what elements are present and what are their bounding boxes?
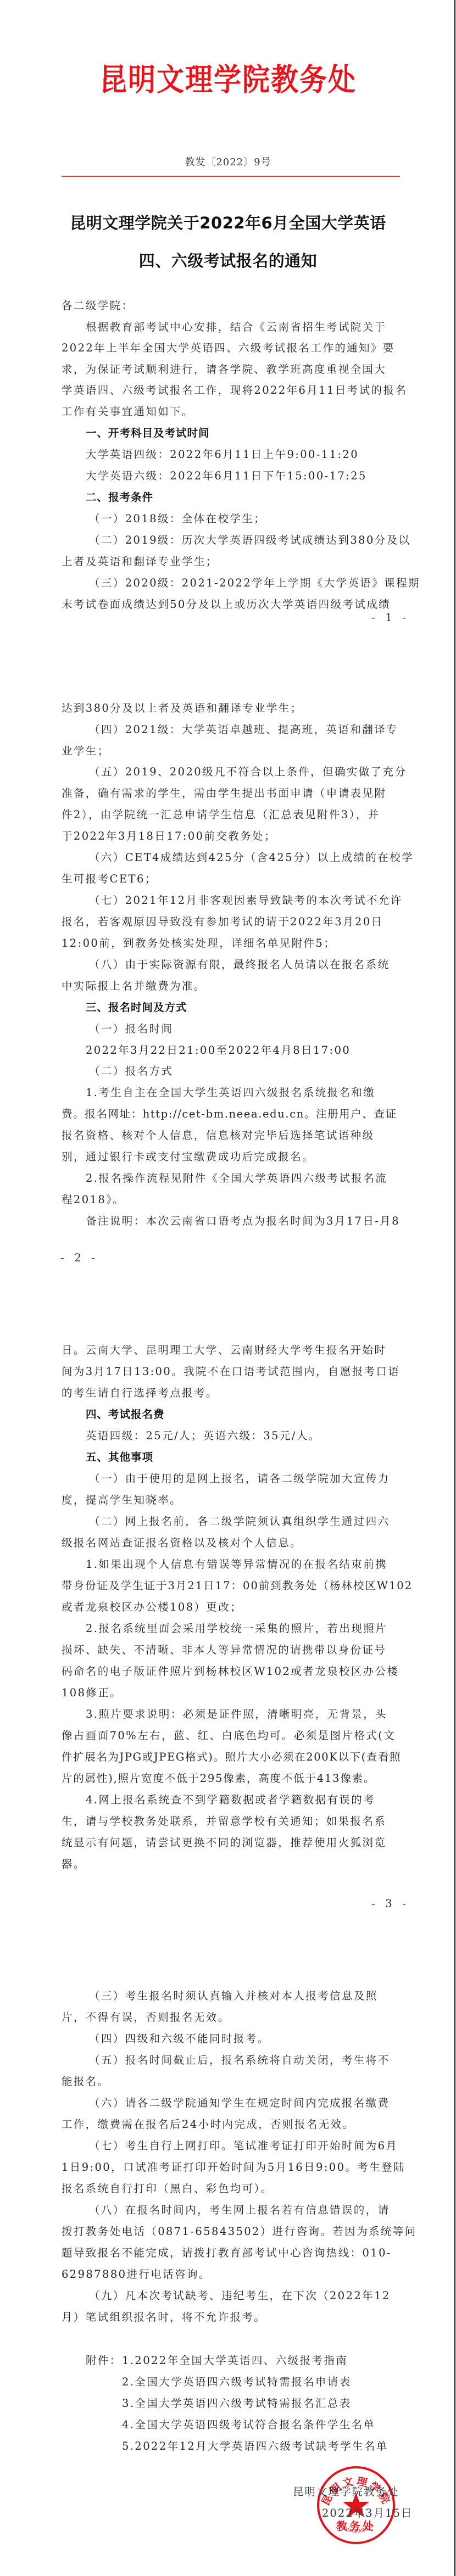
other-line: 像占画面70%左右，蓝、红、白底色均可。必须是图片格式(文	[62, 1727, 396, 1742]
method-line: 别，通过银行卡或支付宝缴费成功后完成报名。	[62, 1148, 314, 1164]
other-line: （二）网上报名前，各二级学院须认真组织学生通过四六	[89, 1513, 390, 1528]
other-line: 62987880进行电话咨询。	[62, 2266, 211, 2281]
condition-line: （四）2021级：大学英语卓越班、提高班，英语和翻译专	[89, 721, 398, 736]
other-line: （四）四级和六级不能同时报考。	[89, 2030, 270, 2046]
condition-line: 末考试卷面成绩达到50分及以上或历次大学英语四级考试成绩	[62, 596, 391, 611]
other-line: 题导致报名不能完成，请拨打教育部考试中心咨询热线：010-	[62, 2244, 392, 2260]
section-heading: 四、考试报名费	[86, 1406, 165, 1421]
method-line: 程2018》。	[62, 1191, 125, 1206]
other-line: （七）考生自行上网打印。笔试准考证打印开始时间为6月	[89, 2137, 398, 2153]
condition-line: 准备，确有需求的学生，需由学生提出书面申请（申请表见附	[62, 785, 386, 800]
method-line: 1.考生自主在全国大学生英语四六级报名系统报名和缴	[86, 1084, 375, 1099]
condition-line: （五）2019、2020级凡不符合以上条件，但确实做了充分	[89, 763, 407, 779]
other-line: 108修正。	[62, 1684, 122, 1700]
document-title-line1: 昆明文理学院关于2022年6月全国大学英语	[0, 211, 456, 233]
attachment-item: 2.全国大学英语四六级考试特需报名申请表	[122, 2373, 352, 2389]
other-line: 1.如果出现个人信息有错误等异常情况的在报名结束前携	[86, 1556, 387, 1571]
section-heading: 二、报考条件	[86, 489, 153, 504]
other-line: 损坏、缺失、不清晰、非本人等异常情况的请携带以身份证号	[62, 1641, 386, 1657]
other-line: 或者龙泉校区办公楼108）更改；	[62, 1599, 242, 1614]
other-line: 器。	[62, 1856, 86, 1871]
condition-line: （六）CET4成绩达到425分（含425分）以上成绩的在校学	[89, 849, 414, 864]
attachment-item: 5.2022年12月大学英语四六级考试缺考学生名单	[122, 2438, 388, 2453]
other-line: 生，请与学校教务处联系，并留意学校有关通知；如果报名系	[62, 1813, 386, 1828]
page-number: - 1 -	[371, 611, 409, 624]
intro-line: 2022年上半年全国大学英语四、六级考试报名工作的通知》要	[62, 339, 395, 355]
condition-line: 业学生；	[62, 742, 110, 758]
condition-line: 件2），由学院统一汇总申请学生信息（汇总表见附件3），并	[62, 806, 380, 822]
other-line: 月）笔试组织报名时，将不允许报考。	[62, 2309, 266, 2324]
condition-line: （二）2019级：历次大学英语四级考试成绩达到380分及以	[89, 532, 410, 547]
document-title-line2: 四、六级考试报名的通知	[0, 249, 456, 271]
other-line: 报名系统自行打印（黑白、彩色均可）。	[62, 2180, 273, 2195]
note-line: 日。云南大学、昆明理工大学、云南财经大学考生报名开始时	[62, 1342, 386, 1357]
attachments-label: 附件：	[86, 2352, 122, 2367]
method-line: 2.报名操作流程见附件《全国大学英语四六级考试报名流	[86, 1170, 387, 1185]
red-divider	[62, 176, 400, 177]
note-line: 间为3月17日13:00。我院不在口语考试范围内，自愿报考口语	[62, 1363, 400, 1378]
other-line: 码命名的电子版证件照片到杨林校区W102或者龙泉校区办公楼	[62, 1663, 399, 1678]
other-line: （八）在报名时间内，考生网上报名若有信息错误的，请	[89, 2201, 390, 2217]
other-line: 带身份证及学生证于3月21日17：00前到教务处（杨林校区W102	[62, 1577, 413, 1592]
page-edge-rule	[454, 0, 455, 2576]
other-line: 级报名网站查证报名资格以及核对个人信息。	[62, 1534, 302, 1550]
other-line: 1日9:00，口试准考证打印开始时间为5月16日9:00。考生登陆	[62, 2159, 405, 2174]
intro-line: 工作有关事宜通知如下。	[62, 403, 194, 418]
other-line: 2.报名系统里面会采用学校统一采集的照片，若出现照片	[86, 1620, 387, 1635]
condition-line: 12:00前，到教务处核实处理，详细名单见附件5；	[62, 935, 336, 950]
other-line: 能报名。	[62, 2073, 110, 2088]
other-line: （一）由于使用的是网上报名，请各二级学院加大宣传力	[89, 1470, 390, 1485]
other-line: 4.网上报名系统查不到学籍数据或者学籍数据有误的考	[86, 1791, 375, 1807]
method-line: 报名资格、核对个人信息，信息核对完毕后选择笔试语种级	[62, 1127, 374, 1142]
note-line: 的考生请自行选择考点报考。	[62, 1384, 218, 1400]
other-line: 统显示有问题，请尝试更换不同的浏览器，推荐使用火狐浏览	[62, 1834, 386, 1849]
other-line: 度，提高学生知晓率。	[62, 1491, 182, 1507]
salutation: 各二级学院：	[62, 297, 134, 312]
page-number: - 3 -	[371, 1897, 409, 1910]
exam-time-cet4: 大学英语四级：2022年6月11日上午9:00-11:20	[86, 446, 359, 461]
other-line: 3.照片要求说明：必须是证件照，清晰明亮，无背景，头	[86, 1706, 387, 1721]
condition-line: 达到380分及以上者及英语和翻译专业学生；	[62, 700, 303, 715]
page-number: - 2 -	[60, 1251, 98, 1264]
condition-line: 中实际报上名并缴费为准。	[62, 977, 206, 993]
exam-time-cet6: 大学英语六级：2022年6月11日下午15:00-17:25	[86, 467, 367, 483]
intro-line: 学英语四、六级考试报名工作，现将2022年6月11日考试的报名	[62, 382, 407, 397]
other-line: 片，不得有误，否则报名无效。	[62, 2009, 230, 2024]
other-line: （六）请各二级学院通知学生在规定时间内完成报名缴费	[89, 2094, 390, 2110]
condition-line: （一）2018级：全体在校学生；	[89, 510, 266, 526]
section-heading: 五、其他事项	[86, 1449, 153, 1464]
other-line: 工作，缴费需在报名后24小时内完成，否则报名无效。	[62, 2116, 354, 2131]
signature-date: 2022年3月15日	[322, 2505, 413, 2520]
section-heading: 一、开考科目及考试时间	[86, 424, 210, 440]
other-line: （九）凡本次考试缺考、违纪考生，在下次（2022年12	[89, 2287, 391, 2303]
condition-line: 报名，若客观原因导致没有参加考试的请于2022年3月20日	[62, 913, 383, 929]
other-line: （三）考生报名时须认真输入并核对本人报考信息及照	[89, 1987, 378, 2003]
section-heading: 三、报名时间及方式	[86, 999, 187, 1014]
method-line-url: 费。报名网址：http://cet-bm.neea.edu.cn。注册用户、查证	[62, 1105, 397, 1121]
condition-line: 上者及英语和翻译专业学生；	[62, 553, 218, 568]
issuer-header: 昆明文理学院教务处	[0, 55, 456, 100]
intro-line: 根据教育部考试中心安排，结合《云南省招生考试院关于	[86, 318, 387, 334]
signature-org: 昆明文理学院教务处	[293, 2483, 399, 2499]
condition-line: 于2022年3月18日17:00前交教务处；	[62, 828, 276, 843]
attachment-item: 3.全国大学英语四六级考试特需报名汇总表	[122, 2395, 352, 2410]
condition-line: （七）2021年12月非客观因素导致缺考的本次考试不允许	[89, 892, 403, 907]
attachment-item: 4.全国大学英语四级考试符合报名条件学生名单	[122, 2416, 375, 2432]
condition-line: （八）由于实际资源有限，最终报名人员请以在报名系统	[89, 956, 390, 971]
note-line: 备注说明：本次云南省口语考点为报名时间为3月17日-月8	[86, 1212, 400, 1228]
subheading: （二）报名方式	[89, 1063, 173, 1078]
intro-line: 求，为保证考试顺利进行，请各学院、教学班高度重视全国大	[62, 361, 386, 376]
attachment-item: 1.2022年全国大学英语四、六级报考指南	[122, 2352, 348, 2367]
fee-line: 英语四级：25元/人；英语六级：35元/人。	[86, 1427, 321, 1443]
other-line: （五）报名时间截止后，报名系统将自动关闭，考生将不	[89, 2052, 390, 2067]
condition-line: （三）2020级：2021-2022学年上学期《大学英语》课程期	[89, 574, 420, 590]
other-line: 片的属性),照片宽度不低于295像素，高度不低于413像素。	[62, 1770, 375, 1785]
other-line: 件扩展名为JPG或JPEG格式)。照片大小必须在200K以下(查看照	[62, 1748, 401, 1764]
subheading: （一）报名时间	[89, 1020, 173, 1036]
document-number: 教发〔2022〕9号	[0, 154, 456, 169]
condition-line: 生可报考CET6；	[62, 870, 157, 886]
other-line: 拨打教务处电话（0871-65843502）进行咨询。若因为系统等问	[62, 2223, 417, 2238]
registration-period: 2022年3月22日21:00至2022年4月8日17:00	[86, 1042, 351, 1057]
